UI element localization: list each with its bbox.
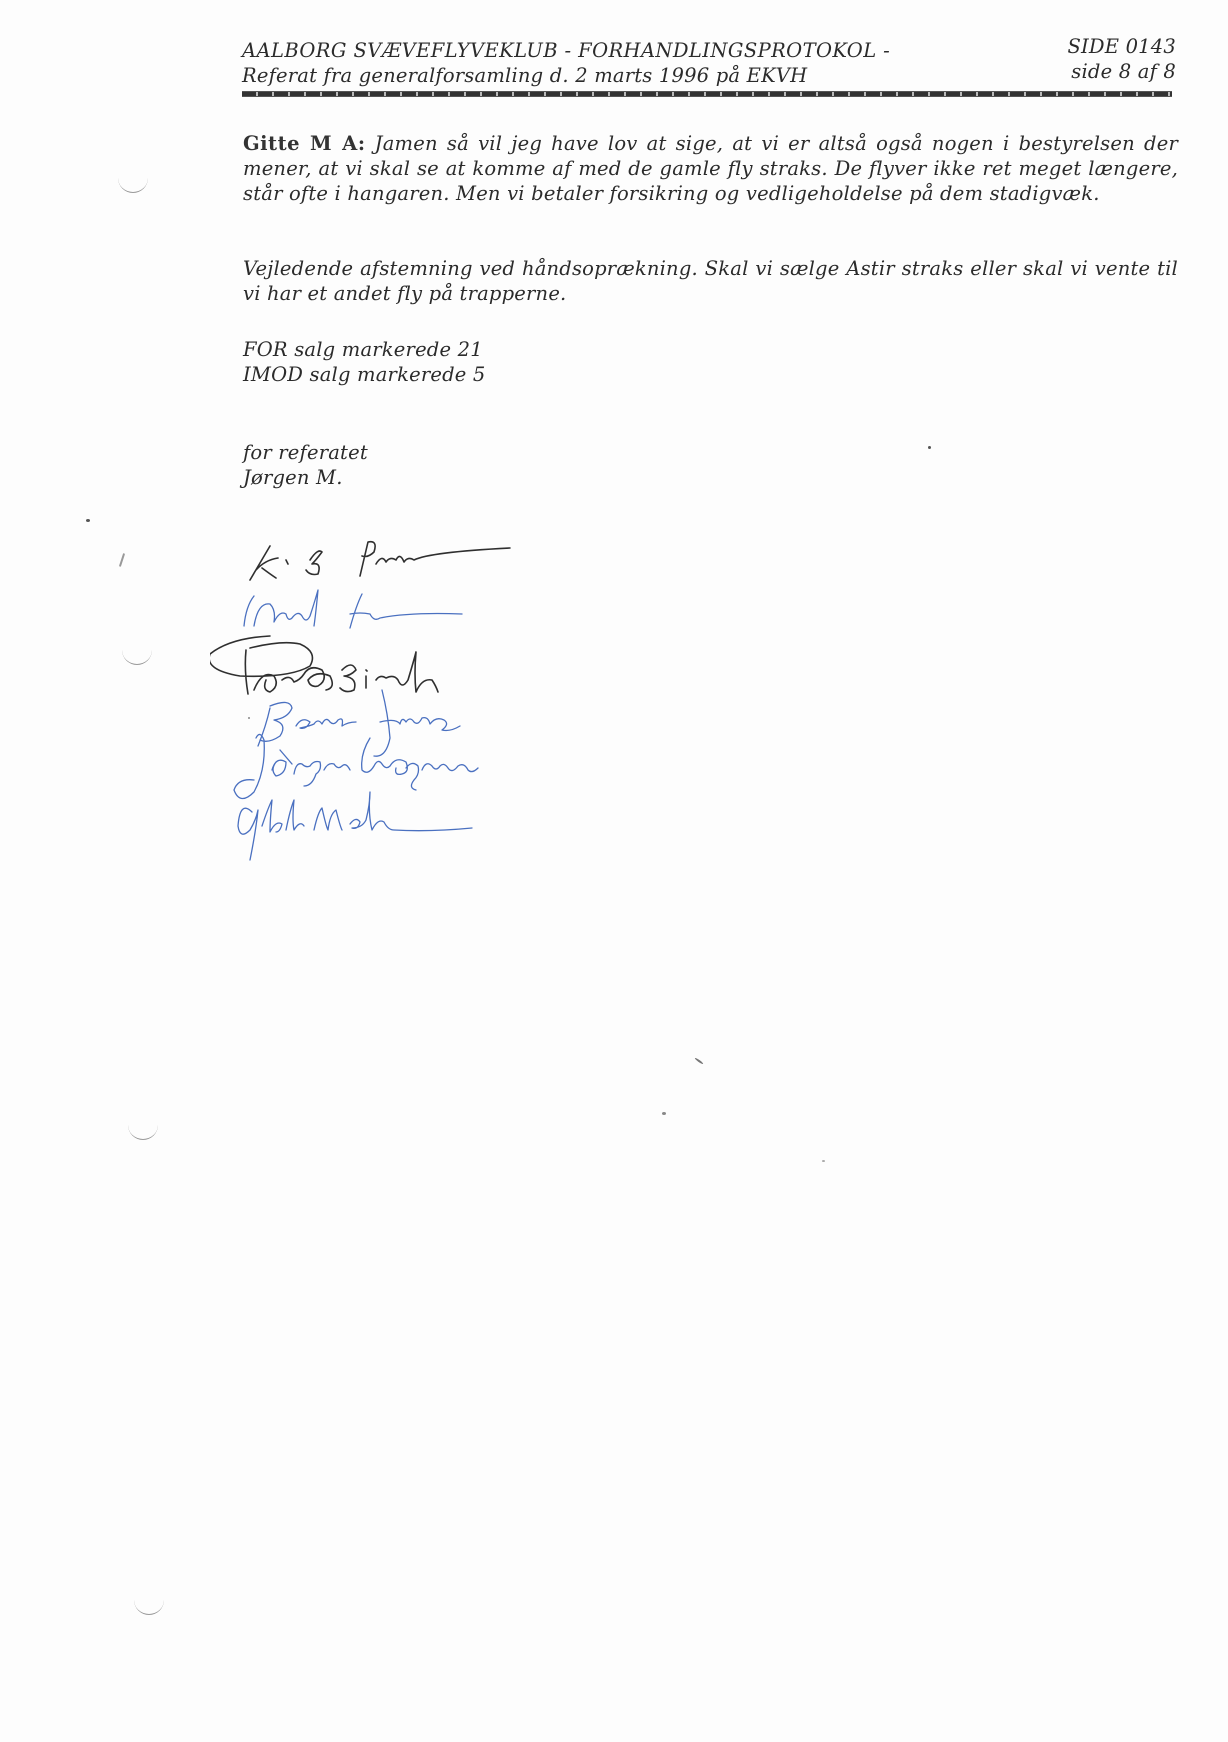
meeting-subtitle: Referat fra generalforsamling d. 2 marts…: [242, 63, 890, 88]
signature-block: [210, 530, 610, 890]
page-count: side 8 af 8: [1067, 59, 1176, 84]
scan-speck: [928, 446, 931, 449]
signature-5: [234, 734, 478, 798]
page-reference: SIDE 0143 side 8 af 8: [1067, 34, 1176, 84]
closing-block: for referatet Jørgen M.: [243, 440, 1178, 490]
speaker-name: Gitte M A:: [243, 132, 366, 155]
document-page: AALBORG SVÆVEFLYVEKLUB - FORHANDLINGSPRO…: [0, 0, 1228, 1742]
punch-hole-mark: [134, 1600, 164, 1615]
closing-label: for referatet: [243, 440, 1178, 465]
vote-against: IMOD salg markerede 5: [243, 362, 1178, 387]
scan-speck: [694, 1057, 703, 1064]
vote-for: FOR salg markerede 21: [243, 337, 1178, 362]
scan-speck: [662, 1112, 666, 1115]
page-code: SIDE 0143: [1067, 34, 1176, 59]
punch-hole-mark: [118, 178, 148, 193]
signature-1: [250, 542, 510, 580]
scan-speck: [86, 519, 90, 522]
signature-4: [258, 690, 460, 756]
signature-2: [244, 590, 462, 628]
punch-hole-mark: [128, 1125, 158, 1140]
signature-3: [210, 636, 438, 694]
paragraph-vote-question: Vejledende afstemning ved håndsoprækning…: [243, 256, 1178, 306]
organization-title: AALBORG SVÆVEFLYVEKLUB - FORHANDLINGSPRO…: [242, 38, 890, 63]
header-divider: [242, 91, 1172, 97]
document-header: AALBORG SVÆVEFLYVEKLUB - FORHANDLINGSPRO…: [242, 38, 890, 88]
statement-text: Jamen så vil jeg have lov at sige, at vi…: [243, 132, 1178, 205]
scan-speck: [248, 717, 250, 719]
vote-results: FOR salg markerede 21 IMOD salg markered…: [243, 337, 1178, 387]
paragraph-statement: Gitte M A: Jamen så vil jeg have lov at …: [243, 131, 1178, 206]
scan-speck: [119, 553, 125, 567]
signature-6: [238, 792, 472, 860]
scan-speck: [822, 1160, 825, 1162]
punch-hole-mark: [122, 650, 152, 665]
author-name: Jørgen M.: [243, 465, 1178, 490]
